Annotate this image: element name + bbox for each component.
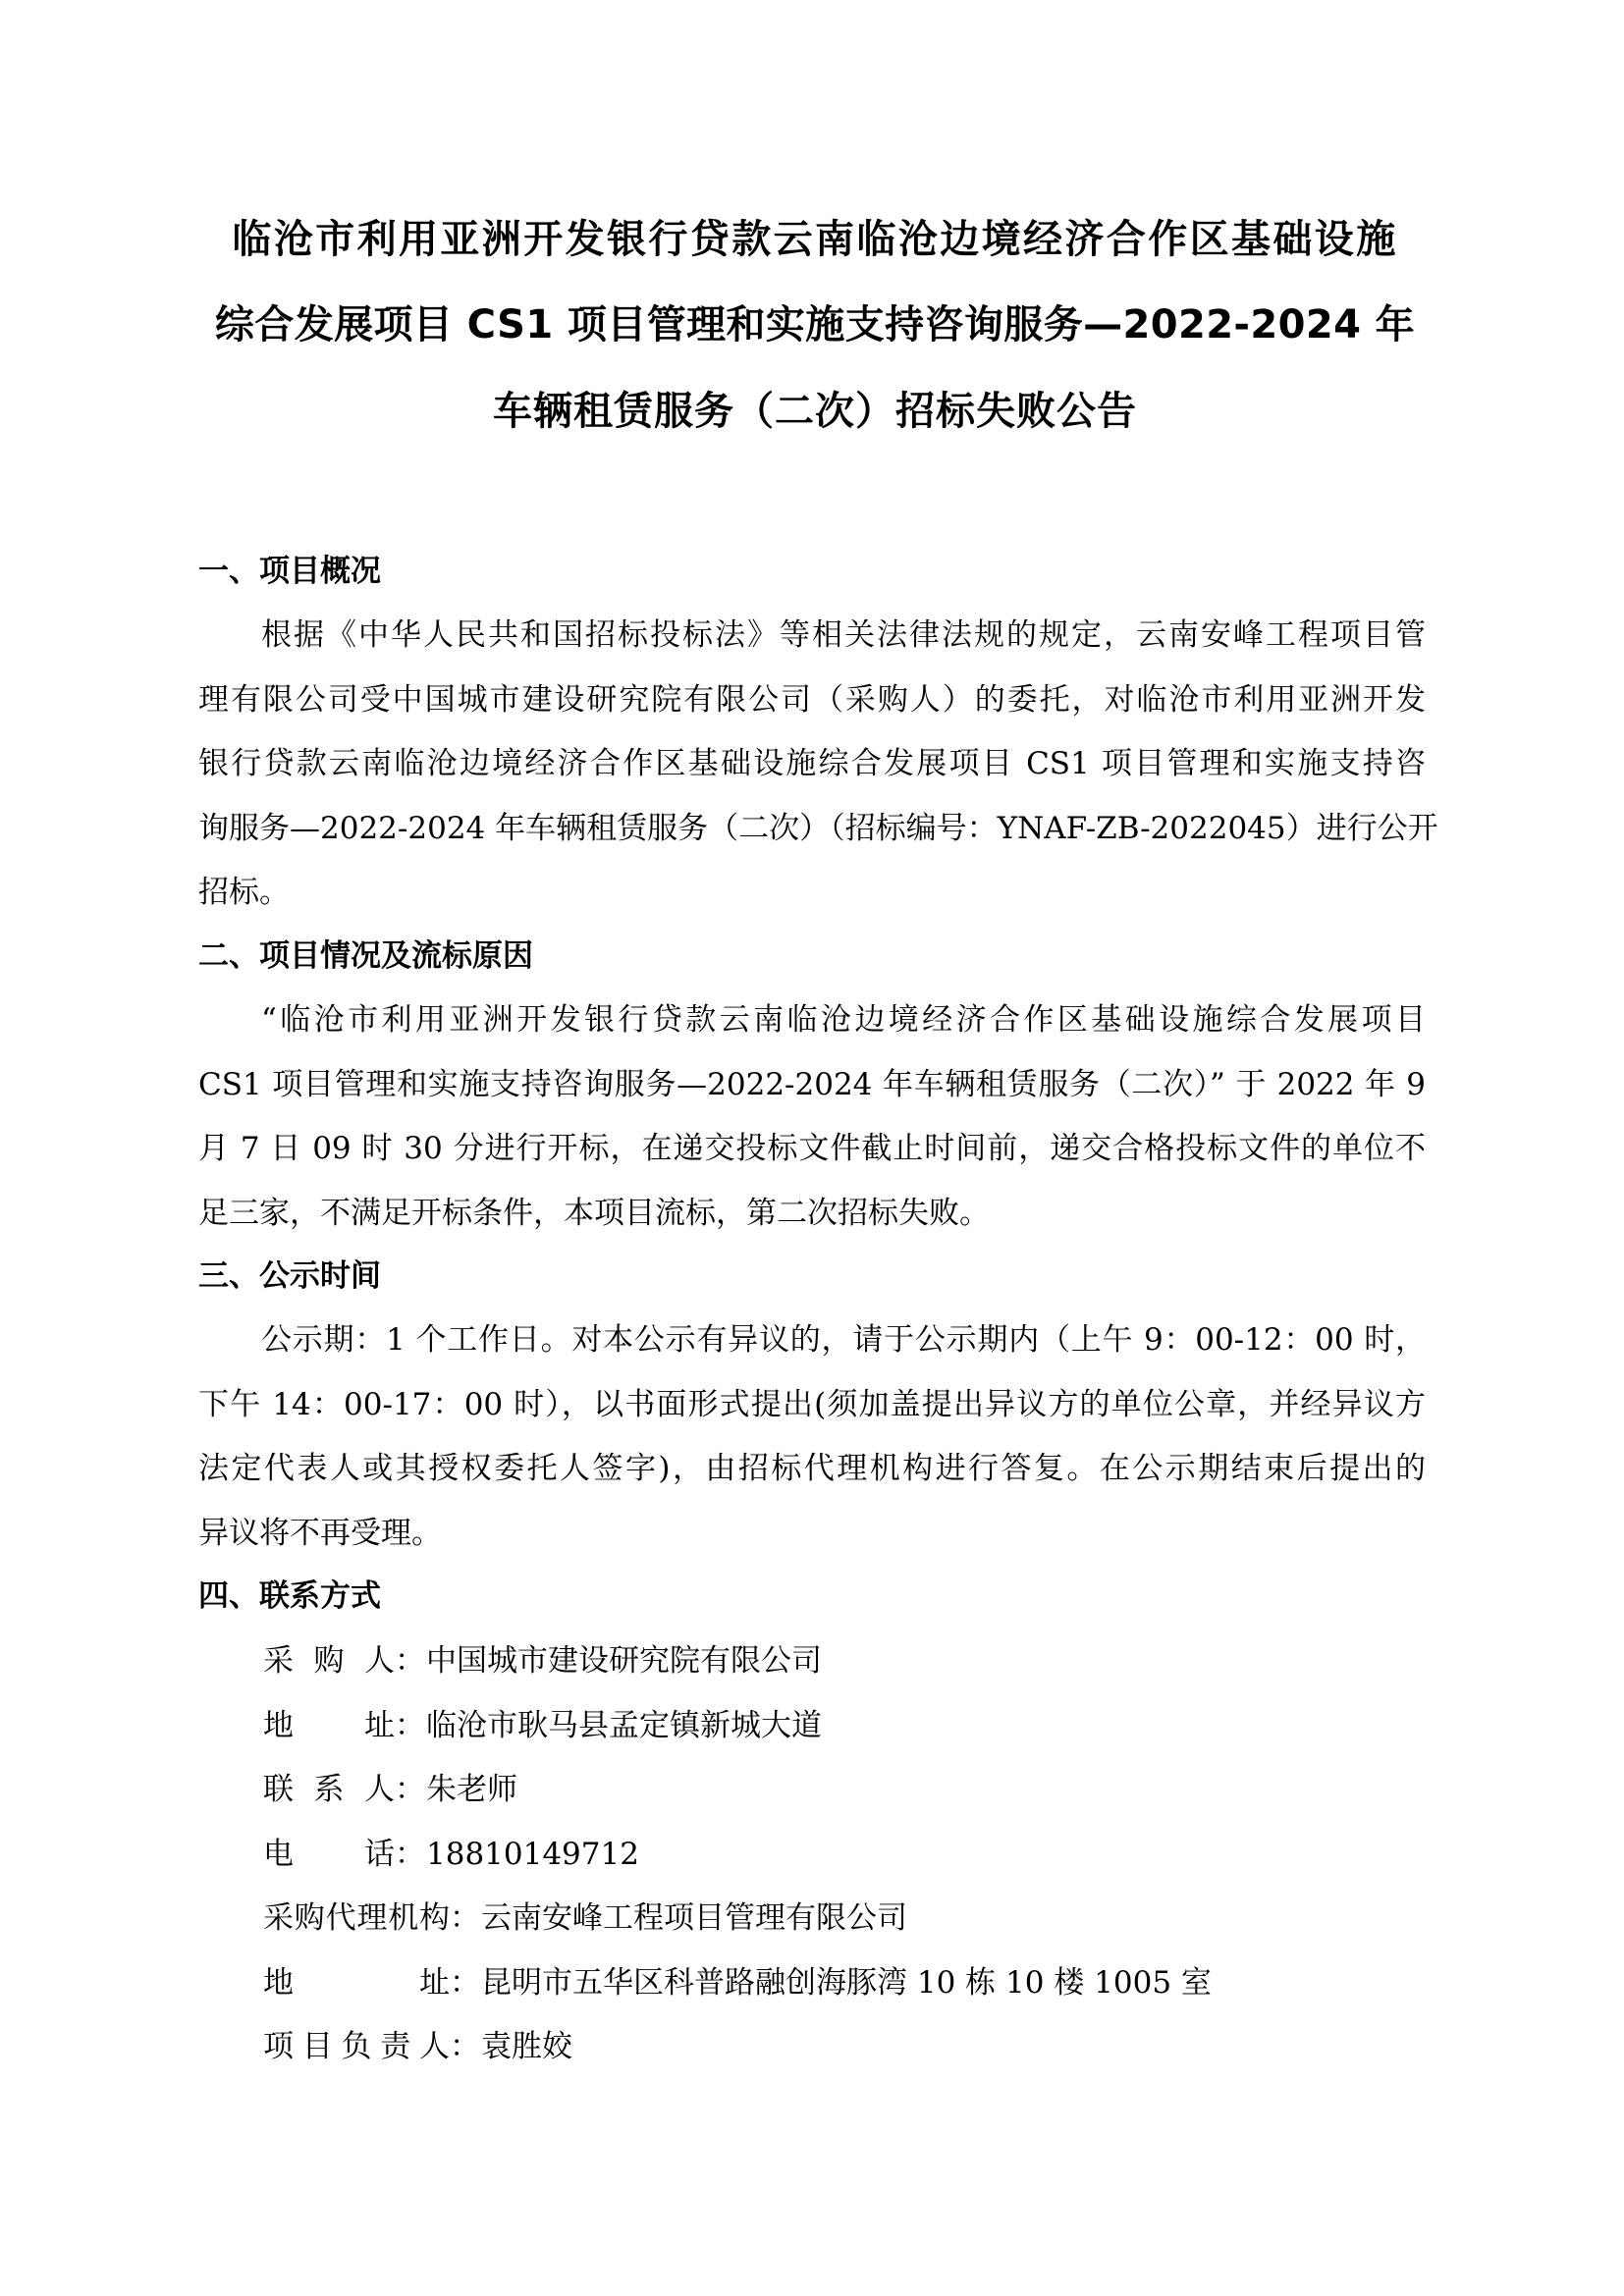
contact-agency-address: 地址：昆明市五华区科普路融创海豚湾 10 栋 10 楼 1005 室 — [263, 1966, 1212, 2000]
section-heading-contact: 四、联系方式 — [198, 1579, 381, 1613]
contact-purchaser-address: 地址：临沧市耿马县孟定镇新城大道 — [263, 1709, 822, 1742]
document-title-line-1: 临沧市利用亚洲开发银行贷款云南临沧边境经济合作区基础设施 — [196, 218, 1434, 261]
contact-label: 采购代理机构 — [263, 1901, 450, 1935]
contact-label: 采购人 — [263, 1644, 395, 1678]
paragraph-line: 月 7 日 09 时 30 分进行开标，在递交投标文件截止时间前，递交合格投标文… — [198, 1132, 1426, 1165]
phone-number: 18810149712 — [426, 1838, 639, 1871]
paragraph-line: 足三家，不满足开标条件，本项目流标，第二次招标失败。 — [198, 1197, 1426, 1230]
section-heading-publicity-period: 三、公示时间 — [198, 1259, 381, 1293]
contact-agency: 采购代理机构：云南安峰工程项目管理有限公司 — [263, 1901, 907, 1935]
colon: ： — [450, 1966, 481, 2000]
contact-label: 项目负责人 — [263, 2030, 450, 2063]
paragraph-line: 法定代表人或其授权委托人签字)，由招标代理机构进行答复。在公示期结束后提出的 — [198, 1452, 1426, 1485]
contact-label: 联系人 — [263, 1773, 395, 1806]
contact-value: 朱老师 — [426, 1773, 517, 1806]
paragraph-line: 招标。 — [198, 876, 1426, 909]
contact-value: 昆明市五华区科普路融创海豚湾 10 栋 10 楼 1005 室 — [481, 1966, 1212, 2000]
paragraph-line: CS1 项目管理和实施支持咨询服务—2022-2024 年车辆租赁服务（二次）”… — [198, 1068, 1426, 1101]
colon: ： — [395, 1709, 426, 1742]
paragraph-line: 根据《中华人民共和国招标投标法》等相关法律法规的规定，云南安峰工程项目管 — [261, 618, 1426, 652]
contact-value: 云南安峰工程项目管理有限公司 — [481, 1901, 907, 1935]
document-title-line-2: 综合发展项目 CS1 项目管理和实施支持咨询服务—2022-2024 年 — [196, 303, 1434, 347]
contact-label: 地址 — [263, 1966, 450, 2000]
contact-value: 中国城市建设研究院有限公司 — [426, 1644, 822, 1678]
section-heading-project-overview: 一、项目概况 — [198, 555, 381, 588]
paragraph-line: 公示期：1 个工作日。对本公示有异议的，请于公示期内（上午 9：00-12：00… — [261, 1323, 1426, 1357]
contact-project-lead: 项目负责人：袁胜姣 — [263, 2030, 572, 2063]
colon: ： — [450, 1901, 481, 1935]
paragraph-line: 异议将不再受理。 — [198, 1517, 1426, 1550]
colon: ： — [395, 1773, 426, 1806]
colon: ： — [395, 1838, 426, 1871]
document-page: 临沧市利用亚洲开发银行贷款云南临沧边境经济合作区基础设施 综合发展项目 CS1 … — [0, 0, 1624, 2296]
contact-phone: 电话：18810149712 — [263, 1838, 639, 1871]
colon: ： — [450, 2030, 481, 2063]
paragraph-line: 下午 14：00-17：00 时），以书面形式提出(须加盖提出异议方的单位公章，… — [198, 1388, 1426, 1421]
section-heading-failure-reason: 二、项目情况及流标原因 — [198, 939, 533, 973]
contact-person: 联系人：朱老师 — [263, 1773, 517, 1806]
contact-label: 地址 — [263, 1709, 395, 1742]
document-title-line-3: 车辆租赁服务（二次）招标失败公告 — [196, 390, 1434, 433]
contact-value: 袁胜姣 — [481, 2030, 572, 2063]
colon: ： — [395, 1644, 426, 1678]
contact-value: 临沧市耿马县孟定镇新城大道 — [426, 1709, 822, 1742]
paragraph-line: 理有限公司受中国城市建设研究院有限公司（采购人）的委托，对临沧市利用亚洲开发 — [198, 683, 1426, 717]
contact-purchaser: 采购人：中国城市建设研究院有限公司 — [263, 1644, 822, 1678]
paragraph-line: 询服务—2022-2024 年车辆租赁服务（二次）（招标编号：YNAF-ZB-2… — [198, 812, 1426, 845]
paragraph-line: 银行贷款云南临沧边境经济合作区基础设施综合发展项目 CS1 项目管理和实施支持咨 — [198, 747, 1426, 780]
contact-label: 电话 — [263, 1838, 395, 1871]
paragraph-line: “临沧市利用亚洲开发银行贷款云南临沧边境经济合作区基础设施综合发展项目 — [261, 1003, 1426, 1037]
